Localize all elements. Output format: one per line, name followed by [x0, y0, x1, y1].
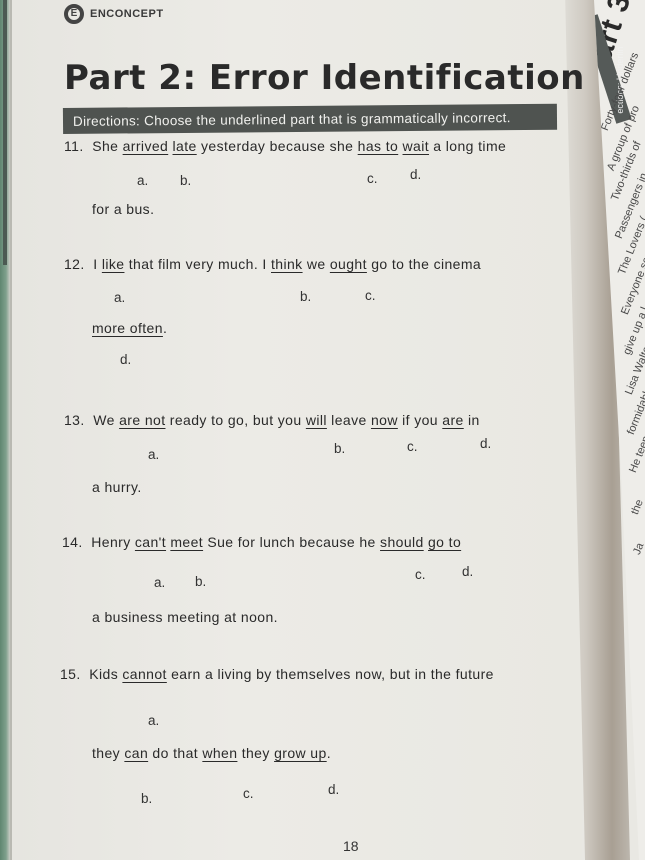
option-d-text[interactable]: wait: [403, 138, 430, 154]
brand-name: ENCONCEPT: [90, 8, 164, 20]
option-b-text[interactable]: think: [271, 256, 303, 272]
option-label-a[interactable]: a.: [154, 575, 165, 590]
option-b-text[interactable]: late: [173, 138, 197, 154]
option-label-b[interactable]: b.: [300, 289, 311, 304]
question-13-line-2: a hurry.: [92, 479, 142, 495]
question-12-line-1: 12. I like that film very much. I think …: [64, 256, 481, 272]
option-label-b[interactable]: b.: [195, 574, 206, 589]
option-a-text[interactable]: cannot: [122, 666, 166, 682]
option-label-b[interactable]: b.: [180, 173, 191, 188]
question-11-line-2: for a bus.: [92, 201, 154, 217]
adjacent-line: He teen: [627, 434, 645, 474]
question-number: 15.: [60, 666, 81, 682]
option-label-c[interactable]: c.: [365, 288, 376, 303]
option-label-d[interactable]: d.: [328, 782, 339, 797]
option-label-d[interactable]: d.: [410, 167, 421, 182]
page-title: Part 2: Error Identification: [64, 58, 585, 98]
book-binding-shadow: [3, 0, 7, 265]
option-label-c[interactable]: c.: [407, 439, 418, 454]
option-label-a[interactable]: a.: [148, 713, 159, 728]
option-label-c[interactable]: c.: [243, 786, 254, 801]
option-a-text[interactable]: can't: [135, 534, 166, 550]
option-label-b[interactable]: b.: [141, 791, 152, 806]
question-number: 11.: [64, 138, 84, 154]
option-d-text[interactable]: more often: [92, 320, 163, 336]
page-number: 18: [343, 838, 359, 854]
option-c-text[interactable]: now: [371, 412, 398, 428]
option-label-c[interactable]: c.: [415, 567, 426, 582]
question-13-line-1: 13. We are not ready to go, but you will…: [64, 412, 480, 428]
option-label-d[interactable]: d.: [480, 436, 491, 451]
option-a-text[interactable]: are not: [119, 412, 165, 428]
question-number: 12.: [64, 256, 85, 272]
directions-banner: Directions: Choose the underlined part t…: [63, 104, 557, 134]
option-c-text[interactable]: ought: [330, 256, 367, 272]
question-11-line-1: 11. She arrived late yesterday because s…: [64, 138, 506, 154]
option-label-c[interactable]: c.: [367, 171, 378, 186]
option-a-text[interactable]: arrived: [123, 138, 169, 154]
option-label-a[interactable]: a.: [114, 290, 125, 305]
option-label-b[interactable]: b.: [334, 441, 345, 456]
option-label-d[interactable]: d.: [462, 564, 473, 579]
question-15-line-2: they can do that when they grow up.: [92, 745, 331, 761]
adjacent-line: Ja: [631, 541, 645, 556]
option-c-text[interactable]: when: [202, 745, 237, 761]
option-label-a[interactable]: a.: [148, 447, 159, 462]
brand-header: E ENCONCEPT: [64, 4, 164, 24]
option-b-text[interactable]: meet: [170, 534, 203, 550]
question-12-line-2: more often.: [92, 320, 167, 336]
adjacent-line: the: [629, 498, 645, 517]
option-label-a[interactable]: a.: [137, 173, 148, 188]
option-a-text[interactable]: like: [102, 256, 125, 272]
option-d-text[interactable]: are: [442, 412, 463, 428]
option-d-text[interactable]: go to: [428, 534, 461, 550]
option-b-text[interactable]: can: [124, 745, 148, 761]
question-14-line-2: a business meeting at noon.: [92, 609, 278, 625]
question-14-line-1: 14. Henry can't meet Sue for lunch becau…: [62, 534, 461, 550]
question-number: 14.: [62, 534, 83, 550]
option-b-text[interactable]: will: [306, 412, 327, 428]
option-c-text[interactable]: has to: [358, 138, 399, 154]
question-15-line-1: 15. Kids cannot earn a living by themsel…: [60, 666, 494, 682]
enconcept-logo-icon: E: [64, 4, 84, 24]
option-d-text[interactable]: grow up: [274, 745, 327, 761]
option-c-text[interactable]: should: [380, 534, 424, 550]
question-number: 13.: [64, 412, 85, 428]
option-label-d[interactable]: d.: [120, 352, 131, 367]
